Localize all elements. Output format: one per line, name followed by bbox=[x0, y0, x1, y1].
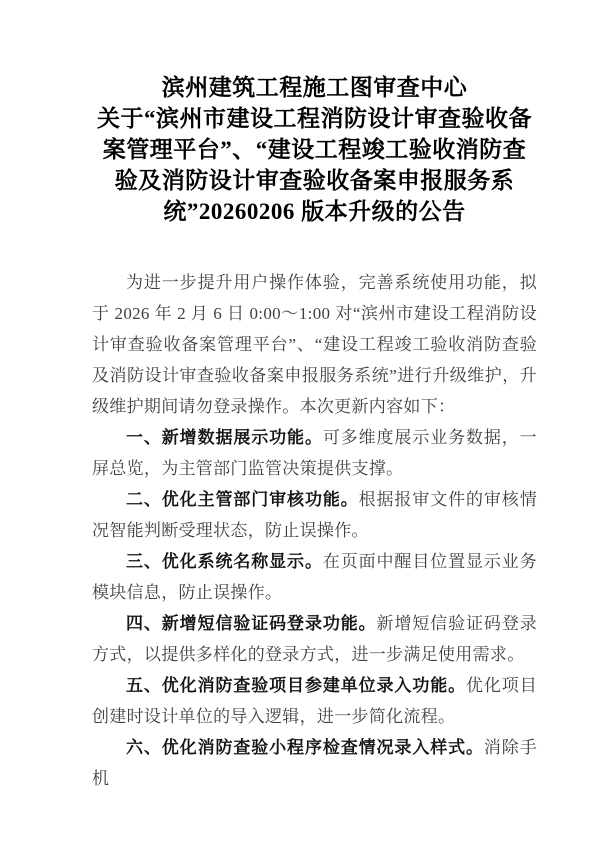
paragraph-lead: 四、新增短信验证码登录功能。 bbox=[126, 614, 377, 633]
paragraph: 三、优化系统名称显示。在页面中醒目位置显示业务模块信息，防止误操作。 bbox=[92, 546, 537, 608]
paragraph-lead: 一、新增数据展示功能。 bbox=[126, 428, 323, 447]
paragraph-text: 为进一步提升用户操作体验，完善系统使用功能，拟于 2026 年 2 月 6 日 … bbox=[92, 273, 537, 416]
document-page: 滨州建筑工程施工图审查中心 关于“滨州市建设工程消防设计审查验收备案管理平台”、… bbox=[0, 0, 600, 848]
paragraph: 为进一步提升用户操作体验，完善系统使用功能，拟于 2026 年 2 月 6 日 … bbox=[92, 267, 537, 422]
paragraph: 五、优化消防查验项目参建单位录入功能。优化项目创建时设计单位的导入逻辑，进一步简… bbox=[92, 670, 537, 732]
paragraph-lead: 五、优化消防查验项目参建单位录入功能。 bbox=[126, 676, 466, 695]
paragraph: 六、优化消防查验小程序检查情况录入样式。消除手机 bbox=[92, 732, 537, 794]
document-body: 为进一步提升用户操作体验，完善系统使用功能，拟于 2026 年 2 月 6 日 … bbox=[92, 267, 537, 794]
paragraph-lead: 六、优化消防查验小程序检查情况录入样式。 bbox=[126, 738, 484, 757]
paragraph-lead: 二、优化主管部门审核功能。 bbox=[126, 490, 359, 509]
document-title: 滨州建筑工程施工图审查中心 关于“滨州市建设工程消防设计审查验收备案管理平台”、… bbox=[92, 72, 537, 227]
title-subject: 关于“滨州市建设工程消防设计审查验收备案管理平台”、“建设工程竣工验收消防查验及… bbox=[92, 103, 537, 227]
paragraph: 四、新增短信验证码登录功能。新增短信验证码登录方式，以提供多样化的登录方式，进一… bbox=[92, 608, 537, 670]
paragraph: 一、新增数据展示功能。可多维度展示业务数据，一屏总览，为主管部门监管决策提供支撑… bbox=[92, 422, 537, 484]
paragraph-lead: 三、优化系统名称显示。 bbox=[126, 552, 323, 571]
paragraph: 二、优化主管部门审核功能。根据报审文件的审核情况智能判断受理状态，防止误操作。 bbox=[92, 484, 537, 546]
title-organization: 滨州建筑工程施工图审查中心 bbox=[92, 72, 537, 103]
